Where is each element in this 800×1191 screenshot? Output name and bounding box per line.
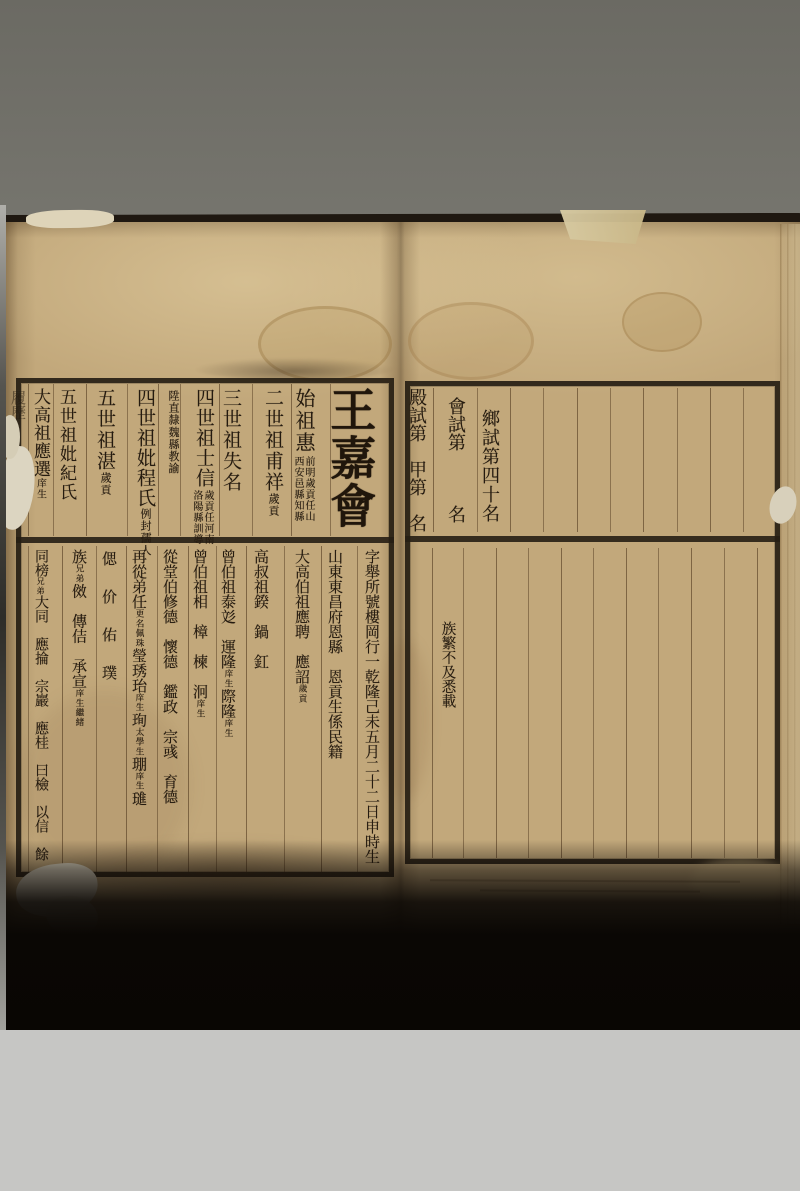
classmate-brothers: 同榜兄弟大同 應掄 宗巖 應桂 曰檢 以信 餘	[34, 549, 48, 861]
clan-brothers: 族兄弟傚 傳佶 承宣庠生繼緒	[71, 549, 86, 727]
second-cousins: 再從弟任更名佩珠瑩琇珆庠生珣太學生㻚庠生璡	[131, 549, 146, 806]
small-annotation-text: 庠生	[134, 693, 144, 712]
small-annotation-text: 歲貢	[267, 493, 280, 517]
column-text: 字舉所號樓岡行一乾隆己未五月二十二日申時生	[363, 549, 381, 864]
clan-too-numerous-note: 族繁不及悉載	[440, 621, 455, 708]
column-text: 同榜	[33, 549, 49, 577]
small-annotation-text: 庠生	[223, 669, 233, 688]
column-text: 四世祖妣程氏	[134, 388, 156, 508]
book-bottom-shadow	[0, 840, 800, 1030]
column-text: 曾伯祖泰彣 運隆	[219, 549, 237, 669]
column-text: 大同 應掄 宗巖 應桂 曰檢 以信 餘	[33, 595, 49, 861]
column-text: 始祖惠	[292, 388, 316, 454]
column-text: 瑩琇珆	[130, 648, 148, 693]
ancestor-gen2: 二世祖甫祥歲貢	[263, 388, 282, 517]
inline-double-annotation: 前明歲貢任山西安邑縣知縣	[292, 456, 314, 522]
water-stain	[408, 302, 534, 380]
inline-double-annotation: 歲貢任河南洛陽縣訓導	[191, 490, 213, 545]
clan-uncles: 從堂伯修德 懷德 鑑政 宗彧 育德	[162, 549, 177, 804]
column-text: 二世祖甫祥	[262, 388, 284, 493]
column-text: 珣	[130, 712, 148, 727]
column-text: 族	[70, 549, 88, 564]
scanned-book-spread: 王嘉會 始祖惠前明歲貢任山西安邑縣知縣二世祖甫祥歲貢三世祖失名四世祖士信歲貢任河…	[0, 0, 800, 1191]
ancestor-gen4-wife: 四世祖妣程氏例封孺人	[135, 388, 154, 556]
ancestor-gen5-wife: 五世祖妣紀氏	[57, 388, 74, 502]
grand-uncle-brothers: 高叔祖鍨 鍋 釭	[253, 549, 268, 669]
right-page-divider-line	[405, 536, 780, 542]
column-text: 殿試第 甲第 名	[406, 388, 427, 532]
column-text: 㻚	[130, 756, 148, 771]
ancestor-gen3: 三世祖失名	[221, 388, 240, 493]
column-text: 四世祖士信	[193, 388, 215, 488]
paper-edge-highlight	[26, 209, 114, 229]
small-annotation-text: 陞直隸魏縣教諭	[167, 390, 180, 474]
small-annotation-text: 庠生	[134, 771, 144, 790]
palace-exam-rank: 殿試第 甲第 名	[407, 388, 425, 532]
column-text: 再從弟任	[130, 549, 148, 609]
book-right-page-edges	[780, 224, 800, 924]
column-text: 從堂伯修德 懷德 鑑政 宗彧 育德	[161, 549, 179, 804]
column-text: 高叔祖鍨 鍋 釭	[252, 549, 270, 669]
column-text: 大高伯祖應聘 應詔	[293, 549, 311, 684]
column-text: 族繁不及悉載	[440, 621, 456, 708]
column-text: 傚 傳佶 承宣	[70, 583, 88, 688]
ink-smudge	[195, 358, 393, 380]
column-text: 五世祖妣紀氏	[56, 388, 76, 502]
ancestor-gen4-note: 陞直隸魏縣教諭	[163, 390, 182, 474]
column-text: 鄉試第四十名	[479, 409, 500, 523]
column-text: 會試第 名	[445, 397, 466, 523]
column-text: 三世祖失名	[220, 388, 242, 493]
small-annotation-text: 庠生繼緒	[74, 688, 84, 727]
column-text: 山東東昌府恩縣 恩貢生係民籍	[326, 549, 344, 759]
great-uncle-taiwen: 曾伯祖泰彣 運隆庠生際隆庠生	[220, 549, 235, 738]
ancestor-founder: 始祖惠前明歲貢任山西安邑縣知縣	[292, 388, 314, 524]
column-text: 際隆	[219, 688, 237, 718]
cousins: 偲 价 佑 璞	[101, 551, 116, 684]
great-uncle-xiang: 曾伯祖相 樟 楝 泂庠生	[192, 549, 207, 718]
ancestor-gen5: 五世祖湛歲貢	[95, 388, 114, 496]
ancestor-gen4: 四世祖士信歲貢任河南洛陽縣訓導	[191, 388, 213, 547]
small-annotation-text: 庠生	[223, 718, 233, 737]
small-annotation-text: 歲貢	[99, 472, 112, 496]
photo-left-edge	[0, 205, 6, 1030]
column-text: 偲 价 佑 璞	[100, 551, 118, 684]
small-annotation-text: 太學生	[134, 727, 144, 756]
column-text: 五世祖湛	[94, 388, 116, 472]
small-annotation-text: 庠生	[35, 478, 46, 500]
water-stain	[622, 292, 702, 352]
small-annotation-text: 歲貢	[297, 684, 307, 703]
native-place-registration: 山東東昌府恩縣 恩貢生係民籍	[327, 549, 342, 759]
small-annotation-text: 兄弟	[74, 564, 84, 583]
column-text: 曾伯祖相 樟 楝 泂	[191, 549, 209, 699]
metropolitan-exam-rank: 會試第 名	[446, 397, 464, 523]
small-annotation-text: 兄弟	[36, 577, 46, 595]
candidate-name-title: 王嘉會	[326, 386, 374, 530]
small-annotation-text: 庠生	[195, 699, 205, 718]
provincial-exam-rank: 鄉試第四十名	[480, 409, 498, 523]
column-text: 璡	[130, 791, 148, 806]
courtesy-name-and-birth: 字舉所號樓岡行一乾隆己未五月二十二日申時生	[364, 549, 379, 864]
small-annotation-text: 更名佩珠	[134, 609, 144, 648]
grand-uncles: 大高伯祖應聘 應詔歲貢	[294, 549, 309, 703]
fold-corner-highlight	[560, 210, 646, 244]
